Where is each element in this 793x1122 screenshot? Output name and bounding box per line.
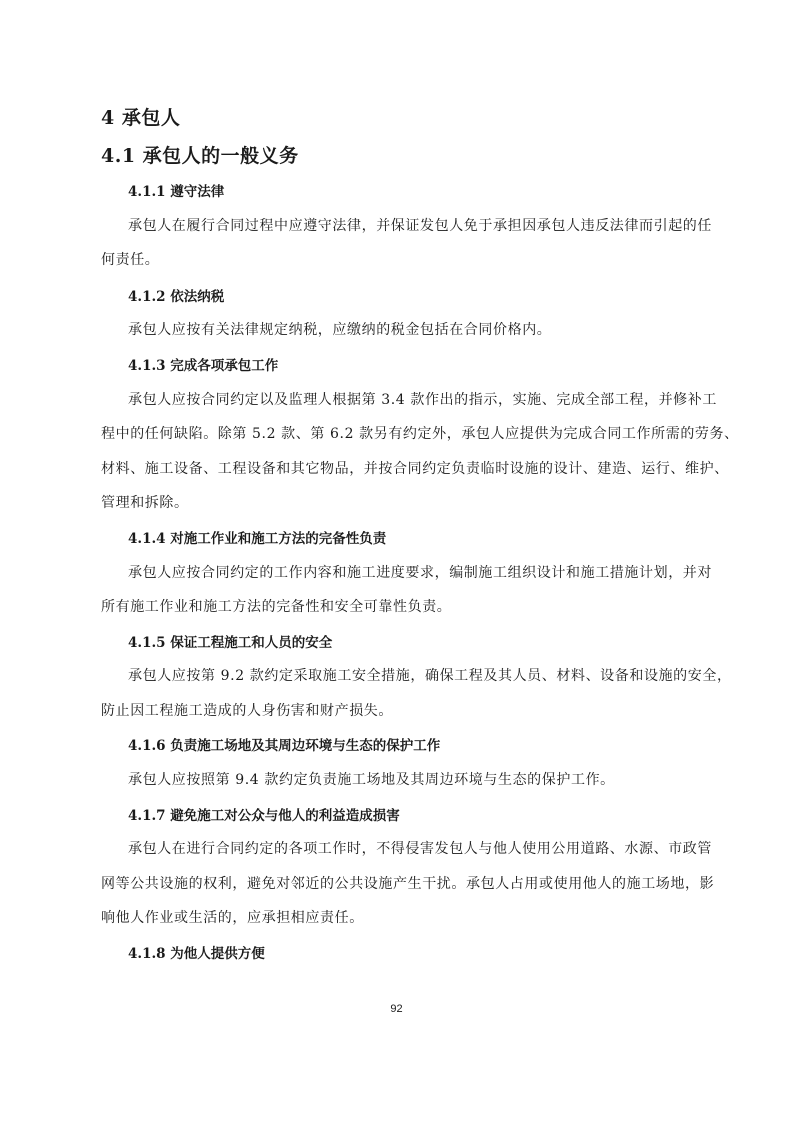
clause-text-line: 防止因工程施工造成的人身伤害和财产损失。 — [101, 700, 393, 720]
clause-text-line: 管理和拆除。 — [101, 492, 189, 512]
clause-text-line: 承包人应按照第 9.4 款约定负责施工场地及其周边环境与生态的保护工作。 — [128, 769, 615, 789]
clause-text-line: 承包人应按第 9.2 款约定采取施工安全措施，确保工程及其人员、材料、设备和设施… — [128, 665, 732, 685]
clause-text-line: 承包人在进行合同约定的各项工作时，不得侵害发包人与他人使用公用道路、水源、市政管 — [128, 838, 712, 858]
page-number: 92 — [0, 1003, 793, 1015]
clause-text-line: 承包人应按有关法律规定纳税，应缴纳的税金包括在合同价格内。 — [128, 319, 551, 339]
clause-text-line: 程中的任何缺陷。除第 5.2 款、第 6.2 款另有约定外，承包人应提供为完成合… — [101, 423, 739, 443]
clause-heading-4-1-7: 4.1.7 避免施工对公众与他人的利益造成损害 — [128, 804, 400, 824]
clause-text-line: 所有施工作业和施工方法的完备性和安全可靠性负责。 — [101, 596, 451, 616]
clause-text-line: 材料、施工设备、工程设备和其它物品，并按合同约定负责临时设施的设计、建造、运行、… — [101, 458, 729, 478]
clause-heading-4-1-6: 4.1.6 负责施工场地及其周边环境与生态的保护工作 — [128, 734, 440, 754]
clause-text-line: 响他人作业或生活的，应承担相应责任。 — [101, 907, 364, 927]
clause-heading-4-1-5: 4.1.5 保证工程施工和人员的安全 — [128, 631, 332, 651]
clause-heading-4-1-8: 4.1.8 为他人提供方便 — [128, 942, 265, 962]
chapter-heading: 4 承包人 — [101, 103, 180, 130]
clause-text-line: 承包人应按合同约定的工作内容和施工进度要求，编制施工组织设计和施工措施计划，并对 — [128, 562, 712, 582]
document-page: 4 承包人 4.1 承包人的一般义务 4.1.1 遵守法律 承包人在履行合同过程… — [0, 0, 793, 1122]
clause-heading-4-1-2: 4.1.2 依法纳税 — [128, 285, 224, 305]
clause-text-line: 何责任。 — [101, 249, 159, 269]
section-heading: 4.1 承包人的一般义务 — [101, 141, 299, 168]
clause-text-line: 承包人在履行合同过程中应遵守法律，并保证发包人免于承担因承包人违反法律而引起的任 — [128, 215, 712, 235]
clause-heading-4-1-3: 4.1.3 完成各项承包工作 — [128, 354, 278, 374]
clause-heading-4-1-4: 4.1.4 对施工作业和施工方法的完备性负责 — [128, 527, 386, 547]
clause-text-line: 网等公共设施的权利，避免对邻近的公共设施产生干扰。承包人占用或使用他人的施工场地… — [101, 873, 714, 893]
clause-text-line: 承包人应按合同约定以及监理人根据第 3.4 款作出的指示，实施、完成全部工程，并… — [128, 389, 717, 409]
clause-heading-4-1-1: 4.1.1 遵守法律 — [128, 180, 224, 200]
